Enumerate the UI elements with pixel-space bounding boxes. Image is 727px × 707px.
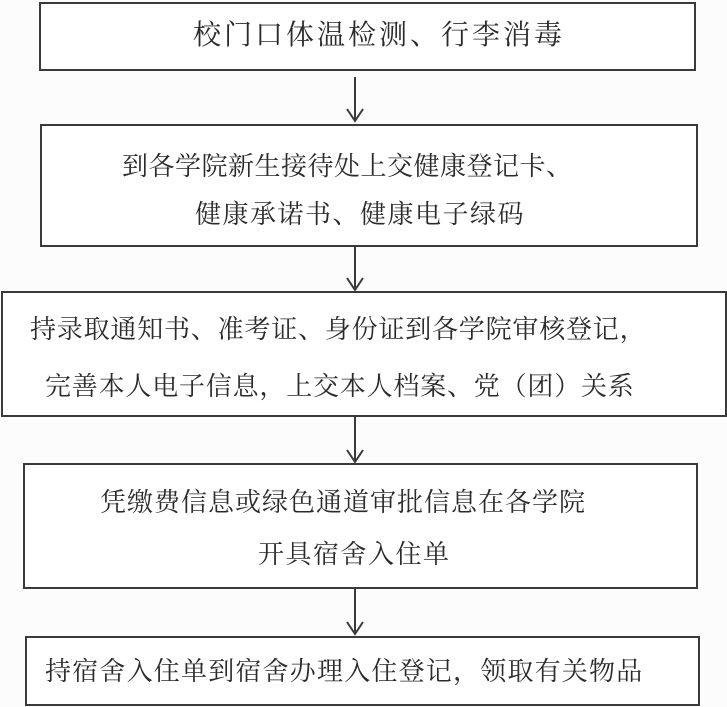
- flow-step-4-box: [23, 463, 698, 589]
- arrow-down-icon: [345, 416, 365, 464]
- flow-step-3-text-line-2: 完善本人电子信息，上交本人档案、党（团）关系: [45, 372, 635, 402]
- flow-step-5-text: 持宿舍入住单到宿舍办理入住登记，领取有关物品: [45, 657, 643, 687]
- arrow-down-icon: [345, 246, 365, 292]
- flow-step-4-text-line-2: 开具宿舍入住单: [258, 540, 451, 570]
- arrow-down-icon: [345, 77, 365, 123]
- arrow-down-icon: [345, 588, 365, 636]
- flow-step-2-text-line-1: 到各学院新生接待处上交健康登记卡、: [122, 152, 573, 182]
- flow-step-1-text: 校门口体温检测、行李消毒: [193, 20, 565, 50]
- flow-step-3-text-line-1: 持录取通知书、准考证、身份证到各学院审核登记，: [30, 315, 646, 345]
- flow-step-2-text-line-2: 健康承诺书、健康电子绿码: [195, 200, 525, 230]
- flow-step-4-text-line-1: 凭缴费信息或绿色通道审批信息在各学院: [100, 488, 586, 518]
